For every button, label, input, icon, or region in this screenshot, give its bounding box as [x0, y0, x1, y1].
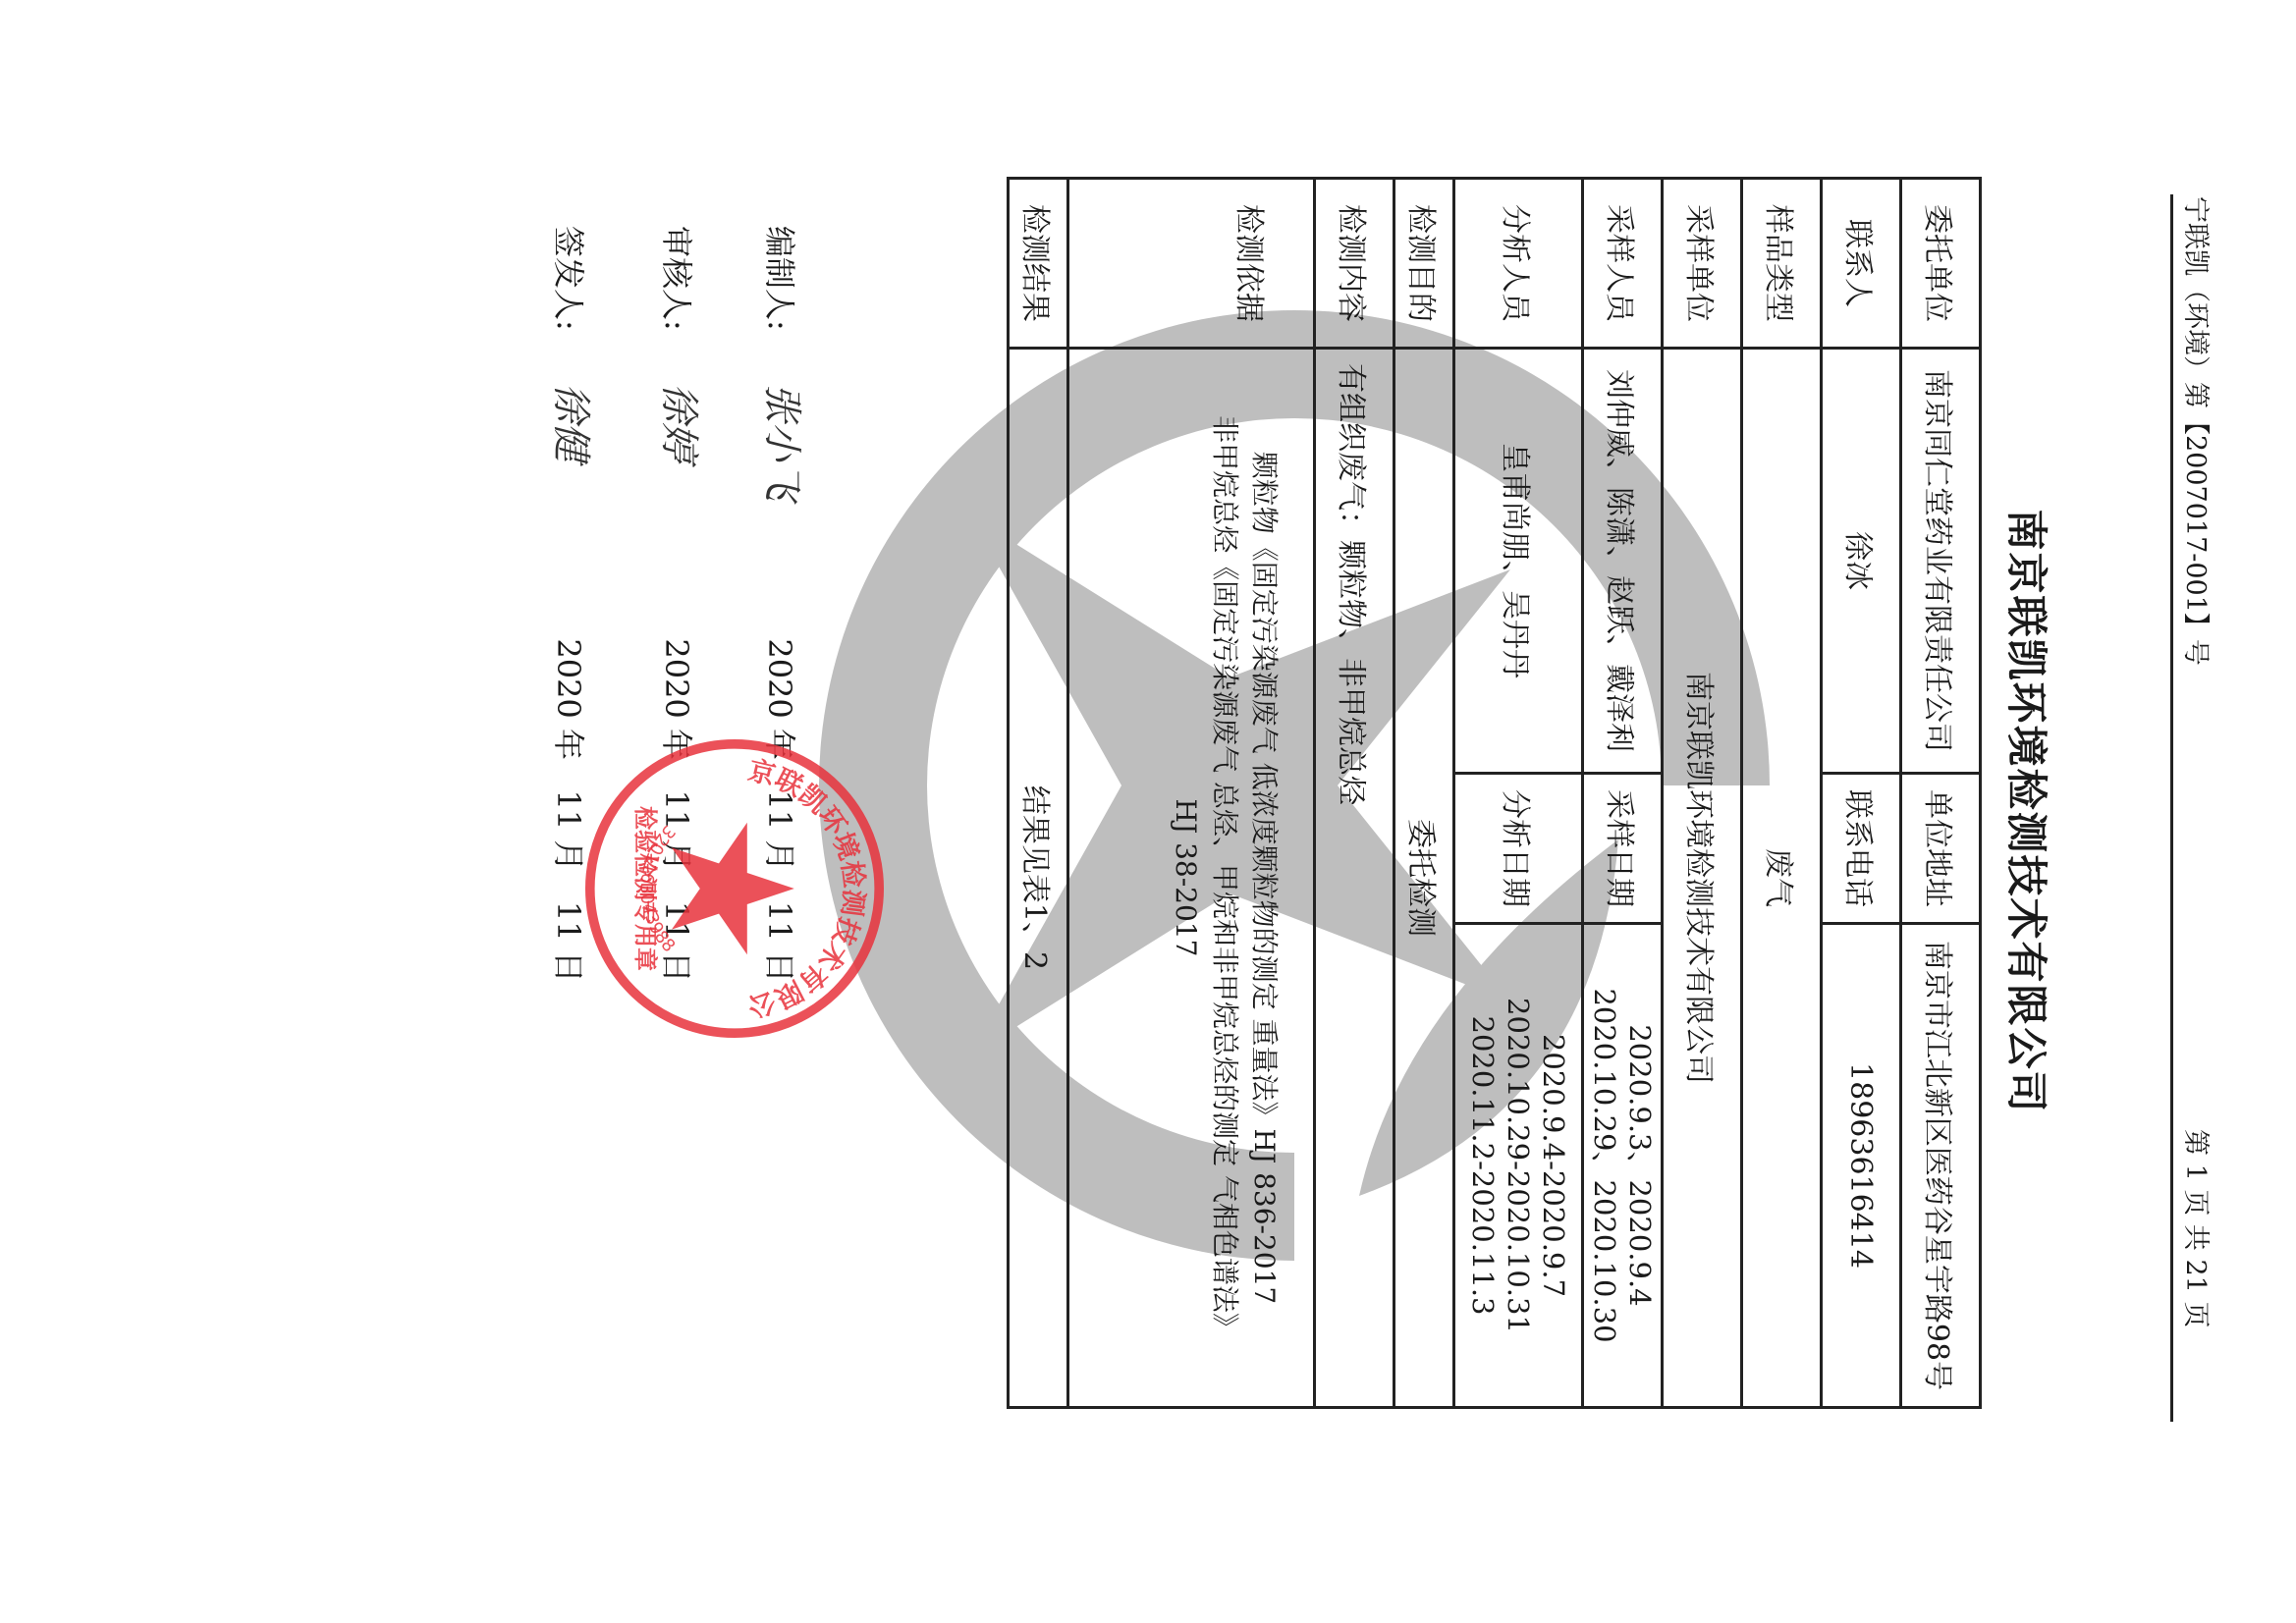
row-sampling-unit: 采样单位 南京联凯环境检测技术有限公司: [1663, 179, 1742, 1408]
sampling-date-label: 采样日期: [1583, 774, 1663, 924]
signature-row-reviewer: 审核人: 徐婷 2020 年 11 月 11 日: [654, 226, 710, 983]
official-seal-icon: 南京联凯环境检测技术有限公司 3201163043988 检验检测专用章: [577, 731, 892, 1046]
compiler-date: 2020 年 11 月 11 日: [759, 638, 804, 982]
contact-value: 徐冰: [1822, 349, 1901, 774]
row-content: 检测内容 有组织废气：颗粒物、非甲烷总烃: [1315, 179, 1394, 1408]
content-label: 检测内容: [1315, 179, 1394, 349]
page-info: 第 1 页 共 21 页: [2179, 1129, 2217, 1327]
contact-label: 联系人: [1822, 179, 1901, 349]
row-contact: 联系人 徐冰 联系电话 18963616414: [1822, 179, 1901, 1408]
row-analyst: 分析人员 皇甫尚朋、吴丹丹 分析日期 2020.9.4-2020.9.7 202…: [1454, 179, 1583, 1408]
analyst-label: 分析人员: [1454, 179, 1583, 349]
compiler-label: 编制人:: [759, 226, 804, 373]
analysis-date-label: 分析日期: [1454, 774, 1583, 924]
row-result: 检测结果 结果见表1、2: [1009, 179, 1068, 1408]
analysis-date-value: 2020.9.4-2020.9.7 2020.10.29-2020.10.31 …: [1454, 924, 1583, 1408]
row-sampler: 采样人员 刘仲威、陈潇、赵跃、戴泽利 采样日期 2020.9.3、2020.9.…: [1583, 179, 1663, 1408]
sampler-label: 采样人员: [1583, 179, 1663, 349]
sampling-unit-value: 南京联凯环境检测技术有限公司: [1663, 349, 1742, 1408]
sampling-date-value: 2020.9.3、2020.9.4 2020.10.29、2020.10.30: [1583, 924, 1663, 1408]
info-table: 委托单位 南京同仁堂药业有限责任公司 单位地址 南京市江北新区医药谷星宇路98号…: [1007, 177, 1982, 1409]
issuer-label: 签发人:: [548, 226, 593, 373]
row-client: 委托单位 南京同仁堂药业有限责任公司 单位地址 南京市江北新区医药谷星宇路98号: [1901, 179, 1981, 1408]
phone-label: 联系电话: [1822, 774, 1901, 924]
sample-type-label: 样品类型: [1742, 179, 1822, 349]
sample-type-value: 废气: [1742, 349, 1822, 1408]
doc-number: 宁联凯（环境）第【2007017-001】号: [2179, 196, 2217, 666]
result-label: 检测结果: [1009, 179, 1068, 349]
content-value: 有组织废气：颗粒物、非甲烷总烃: [1315, 349, 1394, 1408]
row-basis: 检测依据 颗粒物《固定污染源废气 低浓度颗粒物的测定 重量法》HJ 836-20…: [1068, 179, 1315, 1408]
reviewer-label: 审核人:: [656, 226, 701, 373]
client-label: 委托单位: [1901, 179, 1981, 349]
phone-value: 18963616414: [1822, 924, 1901, 1408]
purpose-value: 委托检测: [1394, 349, 1454, 1408]
basis-value: 颗粒物《固定污染源废气 低浓度颗粒物的测定 重量法》HJ 836-2017 非甲…: [1068, 349, 1315, 1408]
page-title: 南京联凯环境检测技术有限公司: [1999, 0, 2058, 1623]
result-value: 结果见表1、2: [1009, 349, 1068, 1408]
sampling-unit-label: 采样单位: [1663, 179, 1742, 349]
reviewer-signature: 徐婷: [654, 383, 710, 628]
reviewer-date: 2020 年 11 月 11 日: [656, 638, 701, 982]
basis-label: 检测依据: [1068, 179, 1315, 349]
header-divider: [2170, 194, 2173, 1422]
issuer-date: 2020 年 11 月 11 日: [548, 638, 593, 982]
report-page: 宁联凯（环境）第【2007017-001】号 第 1 页 共 21 页 南京联凯…: [0, 0, 2296, 1623]
address-label: 单位地址: [1901, 774, 1981, 924]
signature-row-compiler: 编制人: 张小飞 2020 年 11 月 11 日: [757, 226, 813, 983]
purpose-label: 检测目的: [1394, 179, 1454, 349]
row-sample-type: 样品类型 废气: [1742, 179, 1822, 1408]
analyst-value: 皇甫尚朋、吴丹丹: [1454, 349, 1583, 774]
issuer-signature: 徐健: [546, 383, 602, 628]
signature-row-issuer: 签发人: 徐健 2020 年 11 月 11 日: [546, 226, 602, 983]
client-value: 南京同仁堂药业有限责任公司: [1901, 349, 1981, 774]
address-value: 南京市江北新区医药谷星宇路98号: [1901, 924, 1981, 1408]
row-purpose: 检测目的 委托检测: [1394, 179, 1454, 1408]
compiler-signature: 张小飞: [757, 383, 813, 628]
sampler-value: 刘仲威、陈潇、赵跃、戴泽利: [1583, 349, 1663, 774]
